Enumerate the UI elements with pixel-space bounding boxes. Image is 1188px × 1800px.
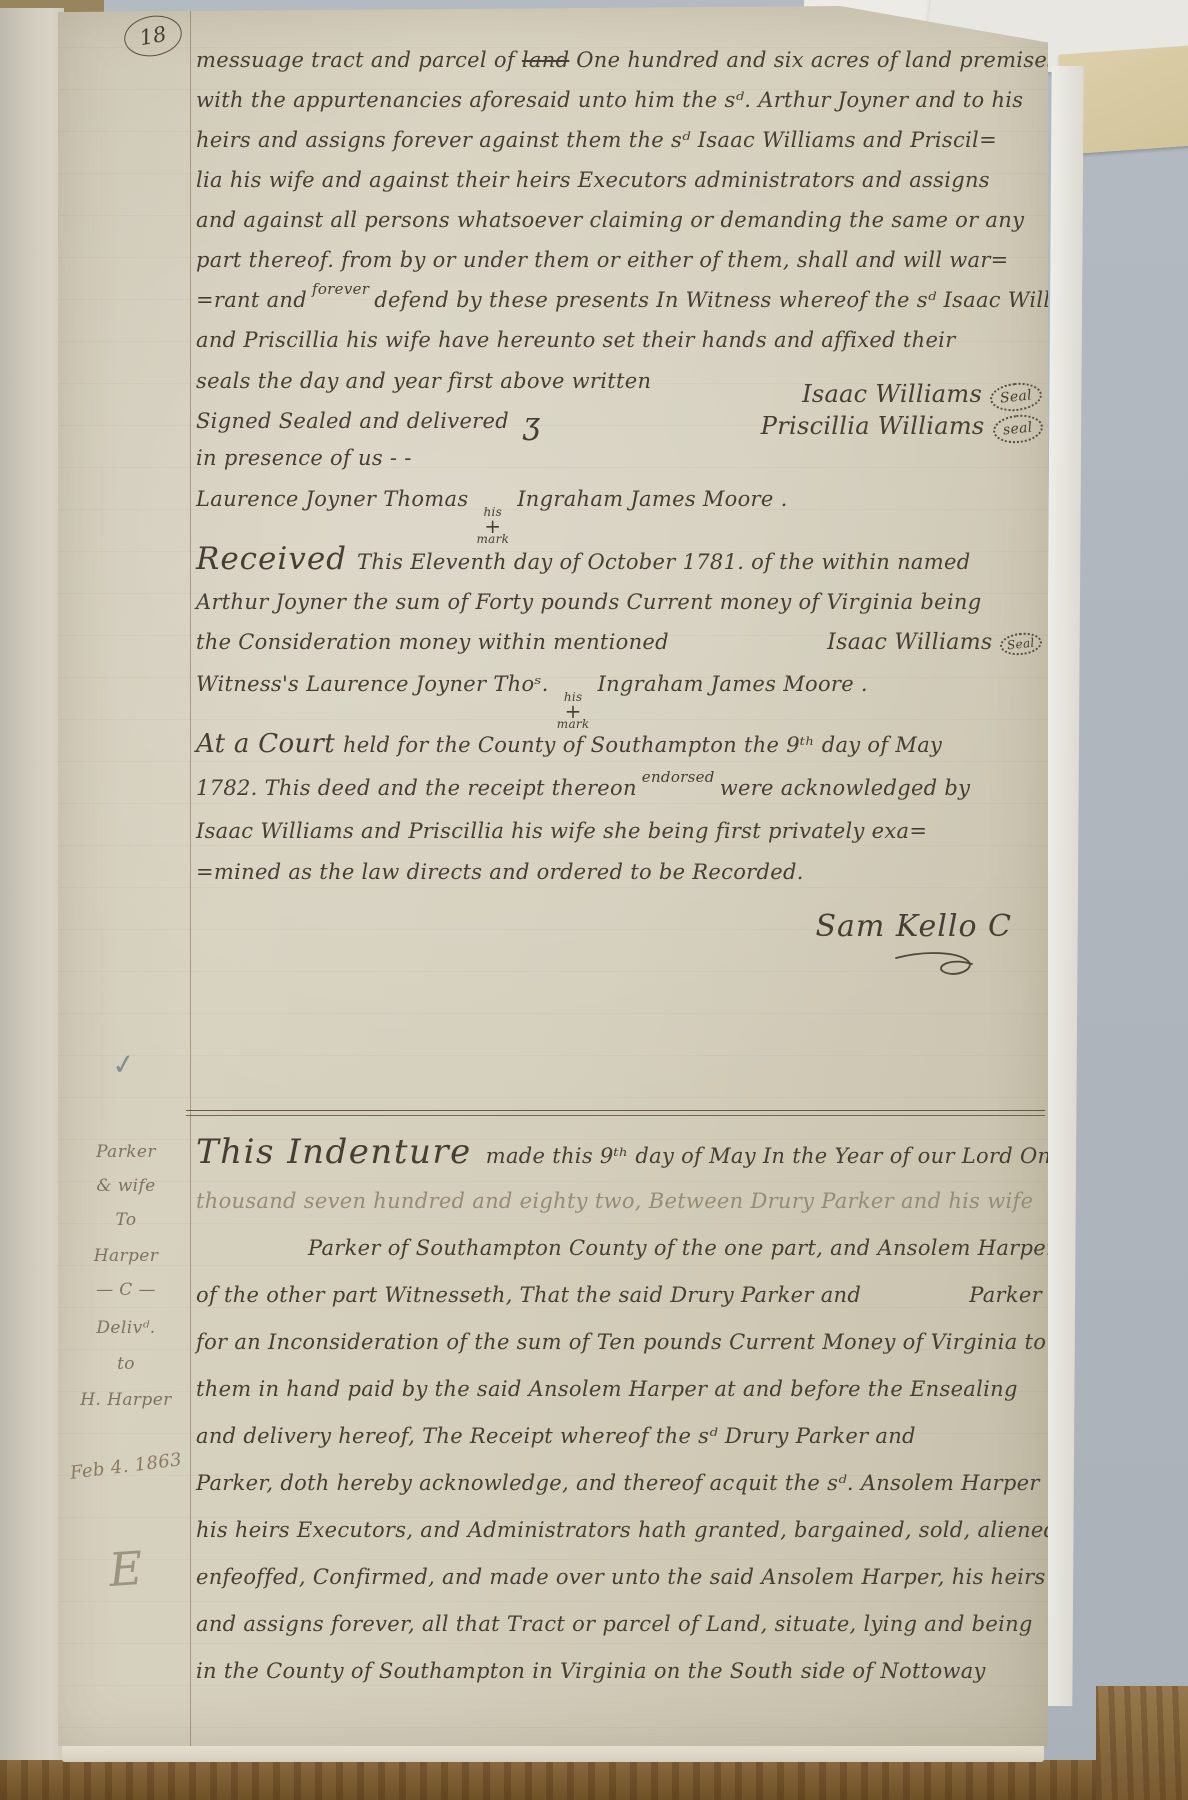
signature-block: Priscillia Williamsseal bbox=[761, 406, 1042, 447]
deed-text: defend by these presents In Witness wher… bbox=[374, 288, 1101, 312]
court-line: 1782. This deed and the receipt thereone… bbox=[196, 766, 1042, 810]
deed-line: and against all persons whatsoever claim… bbox=[196, 200, 1042, 240]
page-number: 18 bbox=[121, 11, 185, 60]
brace-flourish: ʒ bbox=[523, 407, 540, 442]
signature-priscillia-williams: Priscillia Williams bbox=[761, 412, 985, 440]
court-line: Isaac Williams and Priscillia his wife s… bbox=[196, 810, 1042, 852]
seal-drawing: seal bbox=[991, 412, 1043, 445]
delivery-note: H. Harper bbox=[68, 1390, 184, 1410]
deed-line: and delivery hereof, The Receipt whereof… bbox=[196, 1413, 1042, 1460]
docket-party: Parker bbox=[68, 1142, 184, 1162]
signature-isaac-williams: Isaac Williams bbox=[827, 630, 992, 655]
deed-line: part thereof. from by or under them or e… bbox=[196, 240, 1042, 280]
receipt-line: the Consideration money within mentioned… bbox=[196, 622, 1042, 662]
docket-to: To bbox=[68, 1210, 184, 1230]
deed-text: seals the day and year first above writt… bbox=[196, 361, 651, 401]
deed-text: Parker bbox=[969, 1272, 1042, 1319]
deed-line: seals the day and year first above writt… bbox=[196, 360, 1042, 400]
indenture-opening-line: This Indenturemade this 9ᵗʰ day of May I… bbox=[196, 1126, 1042, 1178]
deed-text: of the other part Witnesseth, That the s… bbox=[196, 1272, 861, 1319]
deed-line-faded: thousand seven hundred and eighty two, B… bbox=[196, 1178, 1042, 1225]
deed-line: in the County of Southampton in Virginia… bbox=[196, 1648, 1042, 1695]
deed-text: 1782. This deed and the receipt thereon bbox=[196, 776, 637, 800]
deed-line: them in hand paid by the said Ansolem Ha… bbox=[196, 1366, 1042, 1413]
seal-drawing: Seal bbox=[999, 630, 1043, 656]
delivery-date: Feb 4. 1863 bbox=[67, 1449, 185, 1484]
receipt-witness-line: Witness's Laurence Joyner Thoˢ.his+markI… bbox=[196, 662, 1042, 706]
photo-background: 18 ✓ messuage tract and parcel of land O… bbox=[0, 0, 1188, 1800]
delivery-note: to bbox=[68, 1354, 184, 1374]
inserted-word: forever bbox=[312, 280, 369, 298]
deed-text: the Consideration money within mentioned bbox=[196, 622, 669, 662]
deed-line: enfeoffed, Confirmed, and made over unto… bbox=[196, 1554, 1042, 1601]
indenture-heading: This Indenture bbox=[196, 1132, 472, 1172]
deed-line: Parker, doth hereby acknowledge, and the… bbox=[196, 1460, 1042, 1507]
court-line: =mined as the law directs and ordered to… bbox=[196, 852, 1042, 892]
witness-line: Laurence Joyner Thomashis+markIngraham J… bbox=[196, 476, 1042, 522]
docket-party: & wife bbox=[68, 1176, 184, 1196]
deed-text: made this 9ᵗʰ day of May In the Year of … bbox=[486, 1144, 1064, 1168]
docket-party: Harper bbox=[68, 1246, 184, 1266]
page-bottom-edge bbox=[62, 1744, 1044, 1762]
receipt-heading: Received bbox=[196, 541, 347, 577]
deed-line: his heirs Executors, and Administrators … bbox=[196, 1507, 1042, 1554]
witness-names: Laurence Joyner Thomas bbox=[196, 487, 468, 511]
struck-word: land bbox=[522, 48, 569, 72]
left-page-stack-edge bbox=[0, 8, 64, 1776]
deed-line: and assigns forever, all that Tract or p… bbox=[196, 1601, 1042, 1648]
deed-line: and Priscillia his wife have hereunto se… bbox=[196, 320, 1042, 360]
deed-line: =rant andforeverdefend by these presents… bbox=[196, 280, 1042, 320]
deed-text: messuage tract and parcel of bbox=[196, 48, 522, 72]
deed-line: for an Inconsideration of the sum of Ten… bbox=[196, 1319, 1042, 1366]
deed-parker-to-harper: This Indenturemade this 9ᵗʰ day of May I… bbox=[196, 1126, 1042, 1695]
witness-names: Witness's Laurence Joyner Thoˢ. bbox=[196, 672, 549, 696]
deed-text: held for the County of Southampton the 9… bbox=[343, 733, 942, 757]
deed-text: Signed Sealed and delivered bbox=[196, 409, 509, 433]
pencil-checkmark: ✓ bbox=[110, 1047, 138, 1083]
signature-isaac-williams: Isaac Williams bbox=[802, 380, 982, 408]
witness-names: Ingraham James Moore . bbox=[598, 672, 868, 696]
deed-line: Signed Sealed and deliveredʒ Priscillia … bbox=[196, 400, 1042, 440]
delivery-note: Delivᵈ. bbox=[68, 1318, 184, 1338]
signature-sam-kello: Sam Kello C bbox=[815, 909, 1012, 944]
entry-divider-rule bbox=[186, 1110, 1045, 1116]
page-number-text: 18 bbox=[138, 22, 168, 50]
witness-names: Ingraham James Moore . bbox=[517, 487, 787, 511]
inserted-word: endorsed bbox=[642, 768, 715, 786]
receipt-line: Arthur Joyner the sum of Forty pounds Cu… bbox=[196, 582, 1042, 622]
attestation-text: Signed Sealed and deliveredʒ bbox=[196, 401, 540, 445]
court-line: At a Courtheld for the County of Southam… bbox=[196, 722, 1042, 766]
court-heading: At a Court bbox=[196, 729, 335, 759]
deed-line: heirs and assigns forever against them t… bbox=[196, 120, 1042, 160]
deed-line: Parker of Southampton County of the one … bbox=[196, 1225, 1042, 1272]
deed-text: =rant and bbox=[196, 288, 307, 312]
deed-williams-to-joyner: messuage tract and parcel of land One hu… bbox=[196, 40, 1042, 982]
table-surface-corner bbox=[1096, 1686, 1188, 1800]
examined-flourish: E bbox=[66, 1538, 185, 1600]
table-surface bbox=[0, 1760, 1188, 1800]
signature-block: Isaac WilliamsSeal bbox=[827, 622, 1042, 663]
deed-line: lia his wife and against their heirs Exe… bbox=[196, 160, 1042, 200]
deed-line: of the other part Witnesseth, That the s… bbox=[196, 1272, 1042, 1319]
margin-rule-line bbox=[190, 6, 191, 1746]
deed-text: This Eleventh day of October 1781. of th… bbox=[357, 550, 970, 574]
deed-text: One hundred and six acres of land premis… bbox=[569, 48, 1058, 72]
deed-line: with the appurtenancies aforesaid unto h… bbox=[196, 80, 1042, 120]
clerk-signature-line: Sam Kello C bbox=[196, 892, 1042, 962]
manuscript-page: 18 ✓ messuage tract and parcel of land O… bbox=[58, 6, 1048, 1746]
deed-line: messuage tract and parcel of land One hu… bbox=[196, 40, 1042, 80]
receipt-line: ReceivedThis Eleventh day of October 178… bbox=[196, 536, 1042, 582]
deed-text: were acknowledged by bbox=[720, 776, 971, 800]
docket-mark: — C — bbox=[68, 1280, 184, 1300]
